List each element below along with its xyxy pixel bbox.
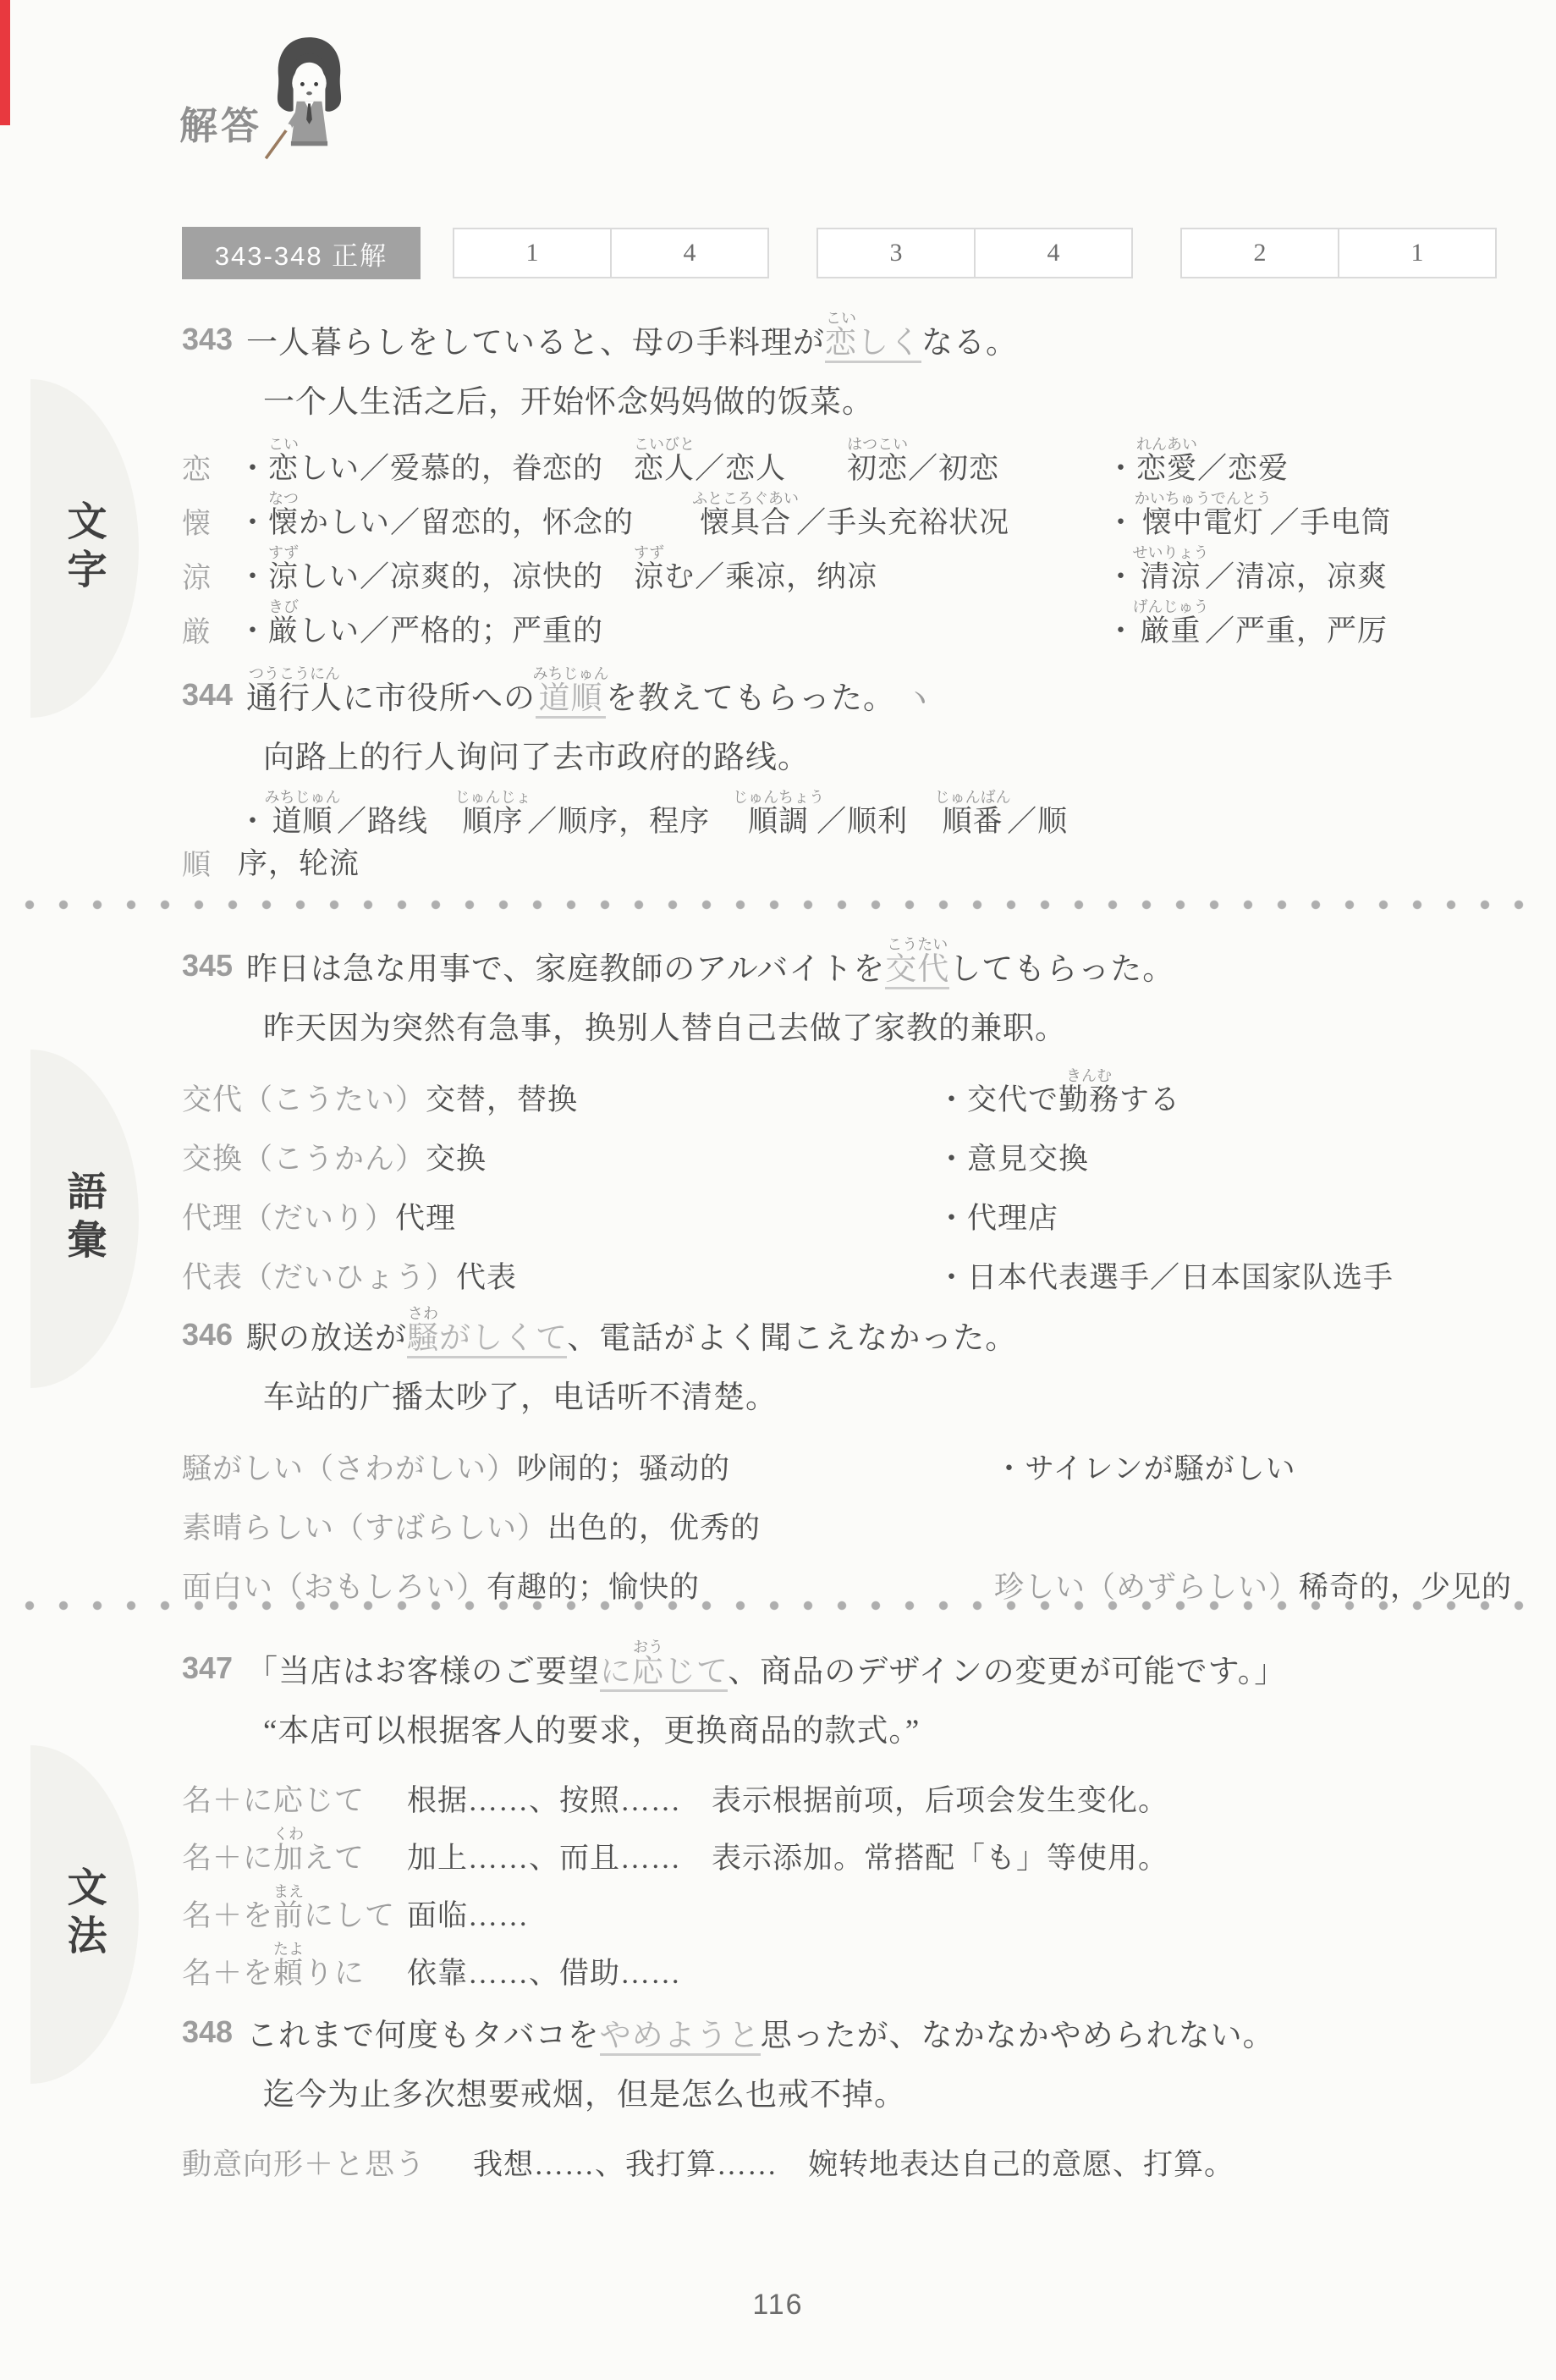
text-segment: ・ <box>1106 452 1136 485</box>
furigana: きんむ <box>1058 1067 1119 1084</box>
text-segment: 吵闹的；骚动的 <box>517 1452 730 1485</box>
text-segment: 、商品のデザインの変更が可能です。」 <box>728 1655 1286 1689</box>
text-segment: 代表（だいひょう） <box>182 1261 456 1294</box>
vocab-rows: 恋・恋こいしい／爱慕的，眷恋的 恋人こいびと／恋人 初恋はつこい／初恋・恋愛れん… <box>182 433 1539 650</box>
ruby-word: 順番じゅんばん <box>938 805 1007 838</box>
furigana: じゅんじょ <box>455 789 531 806</box>
dotted-divider <box>24 1600 1540 1611</box>
text-segment: やめようと <box>600 2019 761 2056</box>
ruby-word: 恋愛れんあい <box>1136 452 1197 485</box>
chinese-translation: 迄今为止多次想要戒烟，但是怎么也戒不掉。 <box>263 2069 1539 2114</box>
vocab-row: 順・道順みちじゅん／路线 順序じゅんじょ／顺序，程序 順調じゅんちょう／顺利 順… <box>182 789 1539 883</box>
furigana: きび <box>268 598 299 615</box>
japanese-sentence: これまで何度もタバコをやめようと思ったが、なかなかやめられない。 <box>246 2019 1275 2055</box>
text-segment: む／乘凉，纳凉 <box>664 560 877 593</box>
answer-cell-group: 21 <box>1180 228 1497 278</box>
text-segment: えて <box>304 1842 365 1875</box>
page-title: 解答 <box>179 95 262 150</box>
furigana: くわ <box>273 1826 304 1843</box>
grammar-meaning: 根据……、按照…… 表示根据前项，后项会发生变化。 <box>407 1777 1539 1820</box>
text-segment: 交换 <box>426 1143 487 1176</box>
text-segment: ・ <box>238 506 268 539</box>
text-segment: なる。 <box>921 326 1018 361</box>
chinese-translation: 昨天因为突然有急事，换别人替自己去做了家教的兼职。 <box>263 1002 1539 1048</box>
ruby-word: 順調じゅんちょう <box>740 805 816 838</box>
vocab-left: 代理（だいり）代理 <box>182 1195 937 1237</box>
chinese-translation: 车站的广播太吵了，电话听不清楚。 <box>263 1371 1539 1417</box>
text-segment: 騒がしい（さわがしい） <box>182 1452 517 1485</box>
vocab-right: ・代理店 <box>937 1195 1539 1237</box>
text-segment: 依靠……、借助…… <box>407 1957 681 1990</box>
furigana: せいりょう <box>1133 544 1209 561</box>
japanese-sentence: 駅の放送が騒さわがしくて、電話がよく聞こえなかった。 <box>246 1305 1017 1358</box>
furigana: げんじゅう <box>1133 598 1209 615</box>
text-segment: 思ったが、なかなかやめられない。 <box>761 2019 1275 2053</box>
text-segment: ／严重，严厉 <box>1205 614 1388 647</box>
sidebar-tab-moji: 文字 <box>30 379 139 718</box>
ruby-word: 涼すず <box>268 560 299 593</box>
text-segment: する <box>1119 1083 1180 1116</box>
answer-cell: 4 <box>610 228 769 278</box>
text-segment: にして <box>304 1899 395 1932</box>
text-segment: ・ <box>238 452 268 485</box>
kanji-key: 順 <box>182 841 238 883</box>
sidebar-tab-label: 語彙 <box>57 1171 113 1267</box>
text-segment: ・ <box>238 614 268 647</box>
kanji-key: 厳 <box>182 609 238 650</box>
text-segment: ・ <box>238 560 268 593</box>
sidebar-tab-label: 文字 <box>57 500 113 597</box>
furigana: みちじゅん <box>265 789 341 806</box>
section-347: 347 「当店はお客様のご要望に応おうじて、商品のデザインの変更が可能です。」 … <box>182 1639 1539 1992</box>
vocab-row: 代理（だいり）代理・代理店 <box>182 1178 1539 1237</box>
vocab-right: ・サイレンが騒がしい <box>994 1446 1539 1488</box>
text-segment: 代理（だいり） <box>182 1202 395 1235</box>
sidebar-tab-goi: 語彙 <box>30 1050 139 1388</box>
vocab-row: 素晴らしい（すばらしい）出色的，优秀的 <box>182 1488 1539 1547</box>
furigana: ふところぐあい <box>692 490 799 507</box>
text-segment: ・交代で <box>937 1083 1058 1116</box>
furigana: すず <box>268 544 299 561</box>
vocab-row: 恋・恋こいしい／爱慕的，眷恋的 恋人こいびと／恋人 初恋はつこい／初恋・恋愛れん… <box>182 433 1539 488</box>
text-segment: 駅の放送が <box>246 1321 407 1356</box>
grammar-row: 名＋を前まえにして面临…… <box>182 1877 1539 1935</box>
ruby-word: 通行人つうこうにん <box>246 681 343 716</box>
text-segment: ・意見交換 <box>937 1143 1089 1176</box>
sidebar-tab-bunpou: 文法 <box>30 1745 139 2084</box>
answer-key-bar: 343-348 正解 143421 <box>182 227 1497 279</box>
vocab-rows: 騒がしい（さわがしい）吵闹的；骚动的・サイレンが騒がしい素晴らしい（すばらしい）… <box>182 1429 1539 1606</box>
text-segment: しい／爱慕的，眷恋的 <box>299 452 634 485</box>
chinese-translation: 一个人生活之后，开始怀念妈妈做的饭菜。 <box>263 376 1539 421</box>
ruby-word: 騒さわ <box>407 1321 439 1358</box>
text-segment: ／恋爱 <box>1197 452 1289 485</box>
text-segment: 稀奇的，少见的 <box>1299 1571 1512 1604</box>
vocab-left: ・厳きびしい／严格的；严重的 <box>238 598 1106 650</box>
grammar-meaning: 我想……、我打算…… 婉转地表达自己的意愿、打算。 <box>473 2141 1539 2184</box>
text-segment: 加上……、而且…… 表示添加。常搭配「も」等使用。 <box>407 1842 1168 1875</box>
furigana: じゅんばん <box>935 789 1011 806</box>
japanese-sentence: 一人暮らしをしていると、母の手料理が恋こいしくなる。 <box>246 310 1018 362</box>
text-segment: 動意向形＋と思う <box>182 2148 426 2181</box>
chinese-translation: 向路上的行人询问了去市政府的路线。 <box>263 731 1539 777</box>
ruby-word: 初恋はつこい <box>847 452 908 485</box>
furigana: こうたい <box>885 936 949 953</box>
vocab-right: ・意見交換 <box>937 1136 1539 1178</box>
vocab-right: ・懐中電灯かいちゅうでんとう／手电筒 <box>1106 490 1539 542</box>
dotted-divider <box>24 899 1540 911</box>
grammar-meaning: 面临…… <box>407 1892 1539 1935</box>
furigana: こい <box>825 310 857 327</box>
page-number: 116 <box>0 2289 1556 2322</box>
text-segment: ／路线 <box>337 805 459 838</box>
vocab-row: 交代（こうたい）交替，替换・交代で勤務きんむする <box>182 1060 1539 1119</box>
vocab-left: 交代（こうたい）交替，替换 <box>182 1077 937 1119</box>
text-segment: 素晴らしい（すばらしい） <box>182 1512 547 1545</box>
furigana: はつこい <box>847 436 908 453</box>
ruby-word: 順序じゅんじょ <box>459 805 527 838</box>
ruby-word: 懐なつ <box>268 506 299 539</box>
text-segment: 昨日は急な用事で、家庭教師のアルバイトを <box>246 952 885 987</box>
grammar-rows: 名＋に応じて根据……、按照…… 表示根据前项，后项会发生变化。名＋に加くわえて加… <box>182 1762 1539 1992</box>
grammar-pattern: 名＋に加くわえて <box>182 1826 407 1877</box>
vocab-left: 素晴らしい（すばらしい）出色的，优秀的 <box>182 1505 994 1547</box>
ruby-word: 勤務きんむ <box>1058 1083 1119 1116</box>
text-segment: 我想……、我打算…… 婉转地表达自己的意愿、打算。 <box>473 2148 1234 2181</box>
furigana: まえ <box>273 1883 304 1900</box>
text-segment: これまで何度もタバコを <box>246 2019 600 2053</box>
text-segment: 一人暮らしをしていると、母の手料理が <box>246 326 825 361</box>
text-segment: がしくて <box>439 1321 567 1358</box>
text-segment: 名＋に <box>182 1842 273 1875</box>
japanese-sentence: 通行人つうこうにんに市役所への道順みちじゅんを教えてもらった。 ヽ <box>246 665 936 718</box>
text-segment: りに <box>304 1957 365 1990</box>
text-segment: じて <box>664 1655 728 1692</box>
text-segment: ／清凉，凉爽 <box>1205 560 1388 593</box>
vocab-left: 代表（だいひょう）代表 <box>182 1254 937 1297</box>
text-segment: 根据……、按照…… 表示根据前项，后项会发生变化。 <box>407 1784 1168 1817</box>
ruby-word: 恋こい <box>825 326 857 363</box>
answer-cell-group: 34 <box>816 228 1133 278</box>
section-344: 344 通行人つうこうにんに市役所への道順みちじゅんを教えてもらった。 ヽ 向路… <box>182 665 1539 883</box>
text-segment: ／顺序，程序 <box>527 805 740 838</box>
section-346: 346 駅の放送が騒さわがしくて、電話がよく聞こえなかった。 车站的广播太吵了，… <box>182 1305 1539 1606</box>
vocab-left: ・懐なつかしい／留恋的，怀念的 懐具合ふところぐあい／手头充裕状况 <box>238 490 1106 542</box>
text-segment: 代表 <box>456 1261 517 1294</box>
sidebar-tab-label: 文法 <box>57 1866 113 1963</box>
chinese-translation: “本店可以根据客人的要求，更换商品的款式。” <box>263 1705 1539 1750</box>
furigana: こいびと <box>634 436 695 453</box>
text-segment: 名＋に応じて <box>182 1784 365 1817</box>
question-number: 348 <box>182 2014 246 2055</box>
text-segment: に <box>600 1655 632 1692</box>
vocab-row: 涼・涼すずしい／凉爽的，凉快的 涼すずむ／乘凉，纳凉・清涼せいりょう／清凉，凉爽 <box>182 542 1539 596</box>
ruby-word: 加くわ <box>273 1842 304 1875</box>
text-segment: 代理 <box>395 1202 456 1235</box>
text-segment: 交代（こうたい） <box>182 1083 426 1116</box>
ruby-word: 厳重げんじゅう <box>1136 614 1205 647</box>
ruby-word: 恋人こいびと <box>634 452 695 485</box>
vocab-right: ・恋愛れんあい／恋爱 <box>1106 436 1539 488</box>
ruby-word: 恋こい <box>268 452 299 485</box>
vocab-left: ・恋こいしい／爱慕的，眷恋的 恋人こいびと／恋人 初恋はつこい／初恋 <box>238 436 1106 488</box>
text-segment: ／恋人 <box>695 452 847 485</box>
grammar-pattern: 名＋を前まえにして <box>182 1883 407 1935</box>
furigana: こい <box>268 436 299 453</box>
question-number: 346 <box>182 1317 246 1358</box>
grammar-row: 名＋に応じて根据……、按照…… 表示根据前项，后项会发生变化。 <box>182 1762 1539 1820</box>
page-edge-red-strip <box>0 0 10 125</box>
question-number: 343 <box>182 322 246 362</box>
question-number: 344 <box>182 677 246 718</box>
text-segment: しい／严格的；严重的 <box>299 614 603 647</box>
text-segment: 珍しい（めずらしい） <box>994 1571 1299 1604</box>
grammar-meaning: 加上……、而且…… 表示添加。常搭配「も」等使用。 <box>407 1835 1539 1877</box>
answer-key-label: 343-348 正解 <box>182 227 421 279</box>
furigana: じゅんちょう <box>733 789 824 806</box>
answer-cell-group: 14 <box>453 228 769 278</box>
text-segment: かしい／留恋的，怀念的 <box>299 506 695 539</box>
vocab-left: ・涼すずしい／凉爽的，凉快的 涼すずむ／乘凉，纳凉 <box>238 544 1106 596</box>
text-segment: 「当店はお客様のご要望 <box>246 1655 600 1689</box>
ruby-word: 応おう <box>632 1655 664 1692</box>
furigana: かいちゅうでんとう <box>1135 490 1272 507</box>
section-348: 348 これまで何度もタバコをやめようと思ったが、なかなかやめられない。 迄今为… <box>182 2014 1539 2184</box>
text-segment: ／初恋 <box>908 452 999 485</box>
teacher-girl-illustration <box>252 30 366 190</box>
vocab-row: 交換（こうかん）交换・意見交換 <box>182 1119 1539 1178</box>
text-segment: 交換（こうかん） <box>182 1143 426 1176</box>
answer-cell: 1 <box>1338 228 1497 278</box>
answer-cell: 4 <box>974 228 1133 278</box>
vocab-left: 交換（こうかん）交换 <box>182 1136 937 1178</box>
answer-cell: 2 <box>1180 228 1339 278</box>
text-segment: しい／凉爽的，凉快的 <box>299 560 634 593</box>
vocab-rows: 順・道順みちじゅん／路线 順序じゅんじょ／顺序，程序 順調じゅんちょう／顺利 順… <box>182 789 1539 883</box>
text-segment: ヽ <box>895 681 936 716</box>
grammar-meaning: 依靠……、借助…… <box>407 1950 1539 1992</box>
section-343: 343 一人暮らしをしていると、母の手料理が恋こいしくなる。 一个人生活之后，开… <box>182 310 1539 650</box>
text-segment: 、電話がよく聞こえなかった。 <box>567 1321 1017 1356</box>
furigana: たよ <box>273 1941 304 1958</box>
text-segment: ／顺利 <box>816 805 938 838</box>
ruby-word: 懐中電灯かいちゅうでんとう <box>1136 506 1270 539</box>
vocab-right: ・交代で勤務きんむする <box>937 1067 1539 1119</box>
text-segment: ・ <box>1106 506 1136 539</box>
text-segment: 名＋を <box>182 1899 273 1932</box>
ruby-word: 交代こうたい <box>885 952 949 989</box>
ruby-word: 厳きび <box>268 614 299 647</box>
ruby-word: 道順みちじゅん <box>268 805 337 838</box>
text-segment: 面白い（おもしろい） <box>182 1571 487 1604</box>
kanji-key: 懐 <box>182 500 238 542</box>
vocab-row: 懐・懐なつかしい／留恋的，怀念的 懐具合ふところぐあい／手头充裕状况・懐中電灯か… <box>182 488 1539 542</box>
text-segment: 名＋を <box>182 1957 273 1990</box>
vocab-right: ・厳重げんじゅう／严重，严厉 <box>1106 598 1539 650</box>
vocab-row: 面白い（おもしろい）有趣的；愉快的珍しい（めずらしい）稀奇的，少见的 <box>182 1547 1539 1606</box>
answer-cell: 1 <box>453 228 612 278</box>
vocab-row: 代表（だいひょう）代表・日本代表選手／日本国家队选手 <box>182 1237 1539 1297</box>
ruby-word: 道順みちじゅん <box>536 681 606 719</box>
furigana: れんあい <box>1136 436 1197 453</box>
grammar-pattern: 名＋に応じて <box>182 1777 407 1820</box>
japanese-sentence: 「当店はお客様のご要望に応おうじて、商品のデザインの変更が可能です。」 <box>246 1639 1286 1691</box>
text-segment: 面临…… <box>407 1899 529 1932</box>
grammar-row: 動意向形＋と思う我想……、我打算…… 婉转地表达自己的意愿、打算。 <box>182 2126 1539 2184</box>
grammar-pattern: 名＋を頼たよりに <box>182 1941 407 1992</box>
furigana: おう <box>632 1639 664 1656</box>
vocab-left: 騒がしい（さわがしい）吵闹的；骚动的 <box>182 1446 994 1488</box>
ruby-word: 懐具合ふところぐあい <box>695 506 796 539</box>
text-segment: ・日本代表選手／日本国家队选手 <box>937 1261 1394 1294</box>
vocab-left: ・道順みちじゅん／路线 順序じゅんじょ／顺序，程序 順調じゅんちょう／顺利 順番… <box>238 789 1106 883</box>
kanji-key: 恋 <box>182 446 238 488</box>
answer-cells: 143421 <box>453 228 1497 278</box>
text-segment: ・サイレンが騒がしい <box>994 1452 1296 1485</box>
text-segment: を教えてもらった。 <box>606 681 895 716</box>
furigana: さわ <box>407 1305 439 1322</box>
answer-cell: 3 <box>816 228 976 278</box>
text-segment: ／手头充裕状况 <box>796 506 1009 539</box>
vocab-rows: 交代（こうたい）交替，替换・交代で勤務きんむする交換（こうかん）交换・意見交換代… <box>182 1060 1539 1297</box>
section-345: 345 昨日は急な用事で、家庭教師のアルバイトを交代こうたいしてもらった。 昨天… <box>182 936 1539 1297</box>
text-segment: 交替，替换 <box>426 1083 578 1116</box>
grammar-pattern: 動意向形＋と思う <box>182 2141 473 2184</box>
text-segment: ・代理店 <box>937 1202 1058 1235</box>
furigana: つうこうにん <box>246 665 343 682</box>
text-segment: ／手电筒 <box>1270 506 1392 539</box>
vocab-right: ・清涼せいりょう／清凉，凉爽 <box>1106 544 1539 596</box>
ruby-word: 清涼せいりょう <box>1136 560 1205 593</box>
vocab-row: 厳・厳きびしい／严格的；严重的・厳重げんじゅう／严重，严厉 <box>182 596 1539 650</box>
japanese-sentence: 昨日は急な用事で、家庭教師のアルバイトを交代こうたいしてもらった。 <box>246 936 1174 989</box>
grammar-row: 名＋を頼たよりに依靠……、借助…… <box>182 1935 1539 1992</box>
kanji-key: 涼 <box>182 554 238 596</box>
furigana: みちじゅん <box>533 665 609 682</box>
text-segment: 出色的，优秀的 <box>547 1512 761 1545</box>
furigana: なつ <box>268 490 299 507</box>
text-segment: に市役所への <box>343 681 536 716</box>
ruby-word: 前まえ <box>273 1899 304 1932</box>
grammar-rows: 動意向形＋と思う我想……、我打算…… 婉转地表达自己的意愿、打算。 <box>182 2126 1539 2184</box>
grammar-row: 名＋に加くわえて加上……、而且…… 表示添加。常搭配「も」等使用。 <box>182 1820 1539 1877</box>
text-segment: 有趣的；愉快的 <box>487 1571 700 1604</box>
furigana: すず <box>634 544 664 561</box>
vocab-right: ・日本代表選手／日本国家队选手 <box>937 1254 1539 1297</box>
vocab-row: 騒がしい（さわがしい）吵闹的；骚动的・サイレンが騒がしい <box>182 1429 1539 1488</box>
question-number: 345 <box>182 948 246 989</box>
text-segment: してもらった。 <box>949 952 1174 987</box>
question-number: 347 <box>182 1650 246 1691</box>
text-segment: しく <box>857 326 921 363</box>
ruby-word: 頼たよ <box>273 1957 304 1990</box>
ruby-word: 涼すず <box>634 560 664 593</box>
